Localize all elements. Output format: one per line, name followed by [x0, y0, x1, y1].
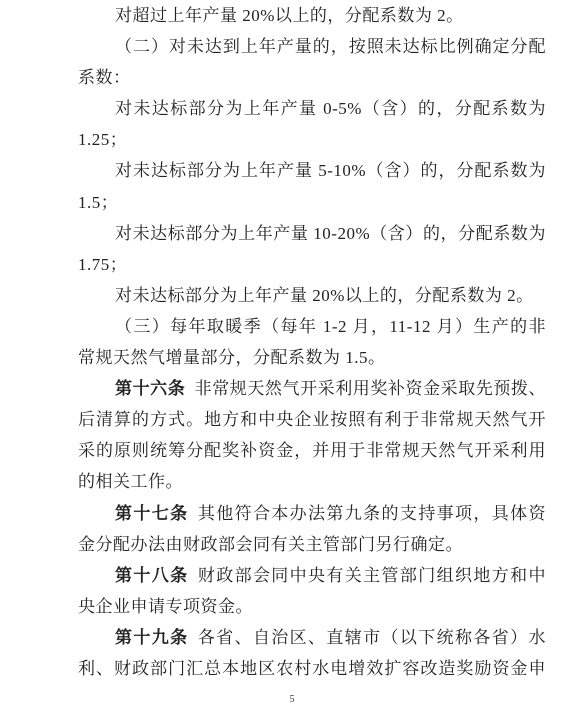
article-number: 第十九条 — [115, 628, 188, 647]
article-text: 非常规天然气开采利用奖补资金采取先预拨、 — [195, 379, 546, 398]
body-line: （三）每年取暖季（每年 1-2 月，11-12 月）生产的非 — [78, 311, 546, 342]
article-number: 第十八条 — [115, 566, 188, 585]
body-line: 1.5； — [78, 187, 546, 218]
page-number: 5 — [0, 695, 584, 705]
body-line: 1.25； — [78, 124, 546, 155]
body-line: 采的原则统筹分配奖补资金，并用于非常规天然气开采利用 — [78, 435, 546, 466]
body-line: 对未达标部分为上年产量 10-20%（含）的，分配系数为 — [78, 218, 546, 249]
body-line: 对超过上年产量 20%以上的，分配系数为 2。 — [78, 0, 546, 31]
article-text: 其他符合本办法第九条的支持事项，具体资 — [198, 504, 546, 523]
article-number: 第十六条 — [115, 379, 185, 398]
body-line: 1.75； — [78, 249, 546, 280]
body-line: 常规天然气增量部分，分配系数为 1.5。 — [78, 342, 546, 373]
body-line: 金分配办法由财政部会同有关主管部门另行确定。 — [78, 529, 546, 560]
article-text: 各省、自治区、直辖市（以下统称各省）水 — [198, 628, 546, 647]
article-line: 第十七条其他符合本办法第九条的支持事项，具体资 — [78, 498, 546, 529]
body-line: 对未达标部分为上年产量 20%以上的，分配系数为 2。 — [78, 280, 546, 311]
body-line: 系数： — [78, 62, 546, 93]
body-line: 后清算的方式。地方和中央企业按照有利于非常规天然气开 — [78, 404, 546, 435]
article-text: 财政部会同中央有关主管部门组织地方和中 — [198, 566, 546, 585]
article-line: 第十九条各省、自治区、直辖市（以下统称各省）水 — [78, 622, 546, 653]
body-line: （二）对未达到上年产量的，按照未达标比例确定分配 — [78, 31, 546, 62]
document-body: 对超过上年产量 20%以上的，分配系数为 2。 （二）对未达到上年产量的，按照未… — [78, 0, 546, 684]
body-line: 对未达标部分为上年产量 5-10%（含）的，分配系数为 — [78, 155, 546, 186]
article-number: 第十七条 — [115, 504, 188, 523]
body-line: 利、财政部门汇总本地区农村水电增效扩容改造奖励资金申 — [78, 653, 546, 684]
body-line: 的相关工作。 — [78, 466, 546, 497]
article-line: 第十八条财政部会同中央有关主管部门组织地方和中 — [78, 560, 546, 591]
article-line: 第十六条非常规天然气开采利用奖补资金采取先预拨、 — [78, 373, 546, 404]
document-page: 对超过上年产量 20%以上的，分配系数为 2。 （二）对未达到上年产量的，按照未… — [0, 0, 584, 709]
body-line: 对未达标部分为上年产量 0-5%（含）的，分配系数为 — [78, 93, 546, 124]
body-line: 央企业申请专项资金。 — [78, 591, 546, 622]
